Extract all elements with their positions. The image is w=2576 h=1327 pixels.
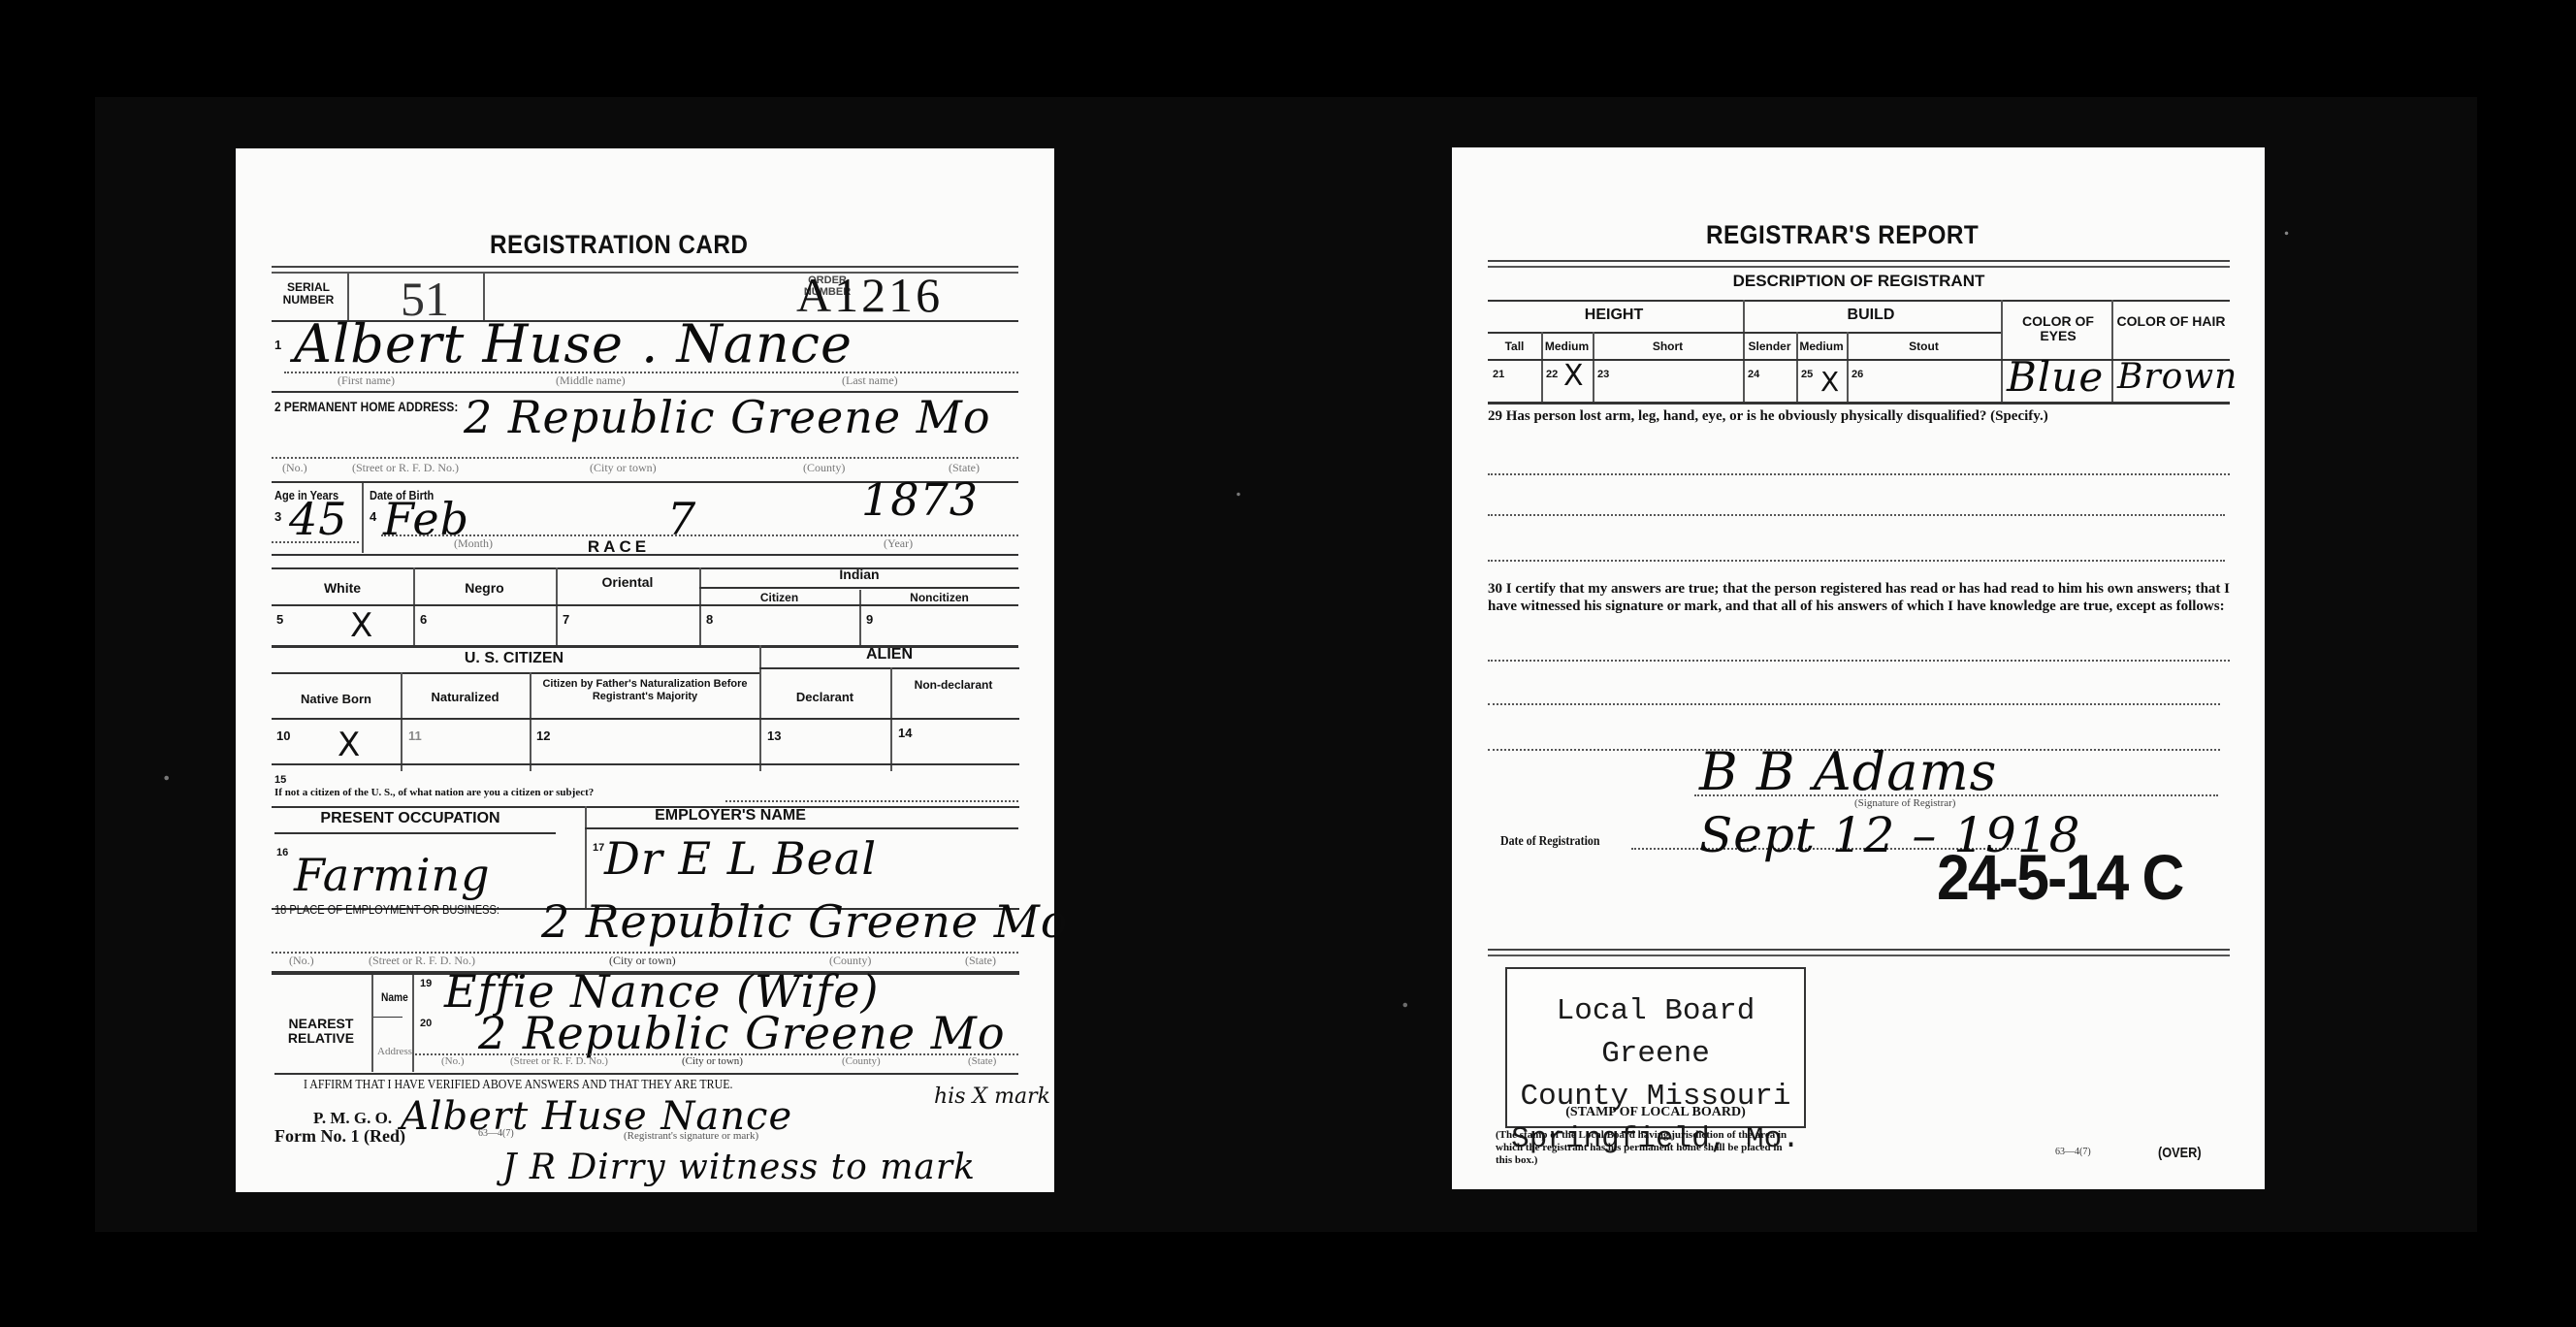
q30-text: 30 I certify that my answers are true; t… [1488,580,2230,615]
first-name-label: (First name) [338,373,395,388]
stout-label: Stout [1847,340,2001,354]
q21-number: 21 [1493,369,1504,380]
race-white-mark: X [350,606,372,645]
race-indian-citizen-label: Citizen [699,591,859,605]
registration-card: REGISTRATION CARD SERIAL NUMBER 51 ORDER… [236,148,1054,1192]
city-label: (City or town) [590,461,657,475]
state-label: (State) [968,1055,996,1067]
q3-number: 3 [274,509,281,524]
registrant-mark: his X mark [934,1084,1050,1109]
date-of-registration-label: Date of Registration [1500,834,1599,850]
father-naturalization-label: Citizen by Father's Naturalization Befor… [534,678,756,703]
rule [272,718,1019,720]
race-indian-noncitizen-label: Noncitizen [859,591,1019,605]
no-label: (No.) [441,1055,465,1067]
dob-year: 1873 [861,473,979,526]
indian-label: Indian [699,567,1019,582]
race-negro-label: Negro [413,581,556,596]
rule [272,763,1019,765]
form-code: 63—4(7) [478,1128,514,1139]
serial-label: SERIAL NUMBER [274,281,342,307]
last-name-label: (Last name) [842,373,898,388]
rule [1488,949,2230,956]
hair-header: COLOR OF HAIR [2115,314,2227,329]
county-label: (County) [842,1055,881,1067]
employment-place-label: 18 PLACE OF EMPLOYMENT OR BUSINESS: [274,902,499,917]
divider [2001,300,2003,402]
no-label: (No.) [289,954,314,968]
affirm-text: I AFFIRM THAT I HAVE VERIFIED ABOVE ANSW… [304,1078,732,1093]
q19-number: 19 [420,978,432,989]
slender-label: Slender [1743,340,1796,354]
title-rule [1488,260,2230,268]
rule [725,800,1018,802]
q9-number: 9 [866,612,873,627]
height-header: HEIGHT [1488,307,1740,322]
rule [272,672,759,674]
rule [1488,560,2225,562]
middle-name-label: (Middle name) [556,373,626,388]
card-title: REGISTRATION CARD [490,230,748,260]
q22-number: 22 [1546,369,1558,380]
employer-value: Dr E L Beal [604,832,877,885]
divider [371,975,373,1072]
employment-place: 2 Republic Greene Mo [541,895,1069,948]
over-label: (OVER) [2158,1145,2202,1161]
report-form-code: 63—4(7) [2055,1147,2091,1157]
divider [401,672,402,771]
non-declarant-label: Non-declarant [905,678,1002,693]
home-address-label: 2 PERMANENT HOME ADDRESS: [274,399,458,414]
q25-number: 25 [1801,369,1813,380]
alien-title: ALIEN [759,647,1019,662]
naturalized-label: Naturalized [401,690,530,704]
hair-color: Brown [2117,357,2238,397]
divider [412,975,414,1072]
q7-number: 7 [563,612,569,627]
race-oriental-label: Oriental [556,575,699,590]
rule [272,604,1018,606]
signature-caption: (Registrant's signature or mark) [624,1130,758,1142]
q12-number: 12 [536,728,550,743]
form-id-line2: Form No. 1 (Red) [274,1126,405,1147]
eyes-header: COLOR OF EYES [2005,314,2111,343]
divider [585,806,587,908]
us-citizen-title: U. S. CITIZEN [272,651,757,665]
q11-number: 11 [408,728,422,743]
witness-signature: J R Dirry witness to mark [502,1148,976,1187]
description-title: DESCRIPTION OF REGISTRANT [1488,274,2230,288]
race-white-label: White [272,581,413,596]
city-label: (City or town) [682,1055,743,1067]
divider [2111,300,2113,402]
rule [1488,402,2230,405]
rule [585,827,1018,829]
q8-number: 8 [706,612,713,627]
q16-number: 16 [276,847,288,858]
month-label: (Month) [454,536,493,551]
local-board-stamp-box: Local Board Greene County Missouri Sprin… [1505,967,1806,1128]
home-address: 2 Republic Greene Mo [464,391,991,443]
q15-text: If not a citizen of the U. S., of what n… [274,787,594,798]
rule [1694,794,2218,796]
county-label: (County) [803,461,845,475]
q29-text: 29 Has person lost arm, leg, hand, eye, … [1488,407,2230,425]
q4-number: 4 [370,509,376,524]
q26-number: 26 [1851,369,1863,380]
build-medium-mark: X [1820,366,1839,398]
age-value: 45 [289,493,348,545]
stamp-line-1: Local Board Greene [1507,990,1804,1076]
short-label: Short [1593,340,1743,354]
eye-color: Blue [2007,353,2104,401]
occupation-value: Farming [294,849,491,901]
q17-number: 17 [593,842,604,854]
height-medium-label: Medium [1541,340,1593,354]
q5-number: 5 [276,612,283,627]
stamp-note: (The stamp of the Local Board having jur… [1496,1129,1801,1167]
state-label: (State) [965,954,996,968]
height-medium-mark: X [1563,359,1584,393]
street-label: (Street or R. F. D. No.) [510,1055,608,1067]
registrar-signature: B B Adams [1699,741,1997,802]
rule [272,541,359,543]
q14-number: 14 [898,726,912,740]
occupation-header: PRESENT OCCUPATION [274,811,546,825]
form-id-line1: P. M. G. O. [313,1109,392,1128]
relative-address: 2 Republic Greene Mo [478,1007,1006,1059]
build-medium-label: Medium [1796,340,1847,354]
rule [274,1073,1018,1075]
rule [274,832,556,834]
stamp-caption: (STAMP OF LOCAL BOARD) [1507,1105,1804,1119]
rule [759,667,1019,669]
no-label: (No.) [282,461,307,475]
q6-number: 6 [420,612,427,627]
report-title: REGISTRAR'S REPORT [1706,220,1979,250]
rule [373,1017,402,1018]
declarant-label: Declarant [759,690,890,704]
divider [362,483,364,553]
tall-label: Tall [1488,340,1541,354]
registrar-report-card: REGISTRAR'S REPORT DESCRIPTION OF REGIST… [1452,147,2265,1189]
native-born-label: Native Born [272,692,401,706]
relative-name-label: Name [381,990,408,1004]
q10-number: 10 [276,728,290,743]
rule [1488,332,2001,334]
divider [759,645,761,771]
q24-number: 24 [1748,369,1759,380]
relative-address-label: Address [377,1046,412,1057]
rule [1488,703,2220,705]
q23-number: 23 [1597,369,1609,380]
race-title: RACE [527,539,711,554]
q20-number: 20 [420,1018,432,1029]
divider [413,567,415,645]
street-label: (Street or R. F. D. No.) [352,461,459,475]
nearest-relative-label: NEAREST RELATIVE [273,1017,370,1046]
year-label: (Year) [884,536,913,551]
rule [1488,514,2225,516]
employer-header: EMPLOYER'S NAME [585,808,876,823]
q13-number: 13 [767,728,781,743]
rule [1488,660,2230,662]
rule [1488,473,2230,475]
q15-number: 15 [274,774,286,786]
native-born-mark: X [338,726,360,764]
q1-number: 1 [274,338,281,352]
rule [699,587,1019,589]
rule [1488,300,2230,302]
classification-stamp: 24-5-14 C [1937,840,2182,914]
registrant-name: Albert Huse . Nance [294,313,853,374]
build-header: BUILD [1745,307,1997,322]
rule [272,457,1018,459]
divider [530,672,531,771]
